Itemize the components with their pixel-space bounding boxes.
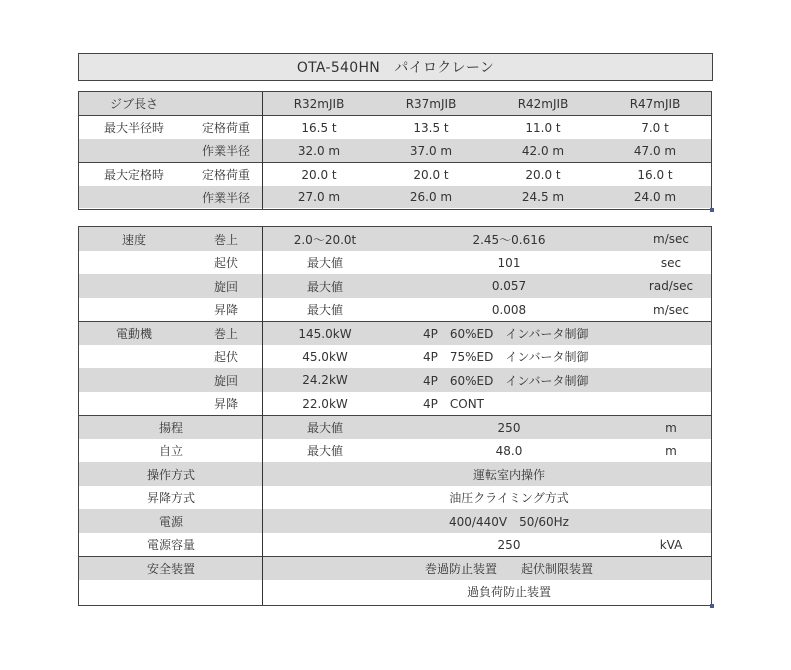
sub-label: 作業半径 [189, 139, 263, 162]
value-cell: 13.5 t [375, 116, 487, 139]
table-row: 過負荷防止装置 [79, 580, 711, 603]
value-cell: 2.45〜0.616 [409, 227, 609, 251]
table-row: 安全装置 巻過防止装置 起伏制限装置 [79, 556, 711, 580]
power-cell: 45.0kW [263, 345, 387, 368]
jib-col-3: R42mJIB [487, 92, 599, 115]
value-cell: 16.0 t [599, 163, 711, 186]
sub-label: 旋回 [189, 368, 263, 392]
value-cell: 42.0 m [487, 139, 599, 162]
group-label: 速度 [79, 227, 189, 251]
value-cell: 400/440V 50/60Hz [409, 509, 609, 533]
sub-label: 起伏 [189, 251, 263, 274]
table-row: 起伏 45.0kW 4P 75%ED インバータ制御 [79, 345, 711, 368]
cond-cell: 最大値 [263, 251, 387, 274]
table-row: 電動機 巻上 145.0kW 4P 60%ED インバータ制御 [79, 321, 711, 345]
item-label: 昇降方式 [79, 486, 263, 509]
unit-cell: sec [629, 251, 713, 274]
table-row: 昇降方式 油圧クライミング方式 [79, 486, 711, 509]
motor-spec-cell: 4P 75%ED インバータ制御 [423, 345, 589, 368]
table-row: 起伏 最大値 101 sec [79, 251, 711, 274]
value-cell: 47.0 m [599, 139, 711, 162]
table-row: 最大定格時 定格荷重 20.0 t 20.0 t 20.0 t 16.0 t [79, 162, 711, 186]
sub-label: 昇降 [189, 298, 263, 321]
jib-spec-table: ジブ長さ R32mJIB R37mJIB R42mJIB R47mJIB 最大半… [78, 91, 712, 210]
motor-spec-cell: 4P CONT [423, 392, 484, 415]
power-cell: 24.2kW [263, 368, 387, 392]
power-cell: 145.0kW [263, 322, 387, 345]
document-title: OTA-540HN パイロクレーン [78, 53, 713, 81]
value-cell: 16.5 t [263, 116, 375, 139]
value-cell: 32.0 m [263, 139, 375, 162]
jib-col-1: R32mJIB [263, 92, 375, 115]
unit-cell: m/sec [629, 298, 713, 321]
motor-spec-cell: 4P 60%ED インバータ制御 [423, 368, 589, 392]
value-cell: 24.5 m [487, 186, 599, 208]
item-label: 揚程 [79, 416, 263, 439]
item-label: 電源 [79, 509, 263, 533]
group-label: 電動機 [79, 322, 189, 345]
sub-label: 作業半径 [189, 186, 263, 208]
table-row: 電源容量 250 kVA [79, 533, 711, 556]
item-label: 電源容量 [79, 533, 263, 556]
value-cell: 0.057 [409, 274, 609, 298]
table-row: 自立 最大値 48.0 m [79, 439, 711, 462]
value-cell: 101 [409, 251, 609, 274]
table-row: 作業半径 27.0 m 26.0 m 24.5 m 24.0 m [79, 186, 711, 208]
value-cell: 20.0 t [263, 163, 375, 186]
value-cell: 250 [409, 533, 609, 556]
sub-label: 定格荷重 [189, 116, 263, 139]
table-row: 電源 400/440V 50/60Hz [79, 509, 711, 533]
unit-cell: m [629, 416, 713, 439]
power-cell: 22.0kW [263, 392, 387, 415]
cond-cell: 2.0〜20.0t [263, 227, 387, 251]
resize-handle [710, 208, 714, 212]
table-row: 旋回 最大値 0.057 rad/sec [79, 274, 711, 298]
item-label: 安全装置 [79, 557, 263, 580]
value-cell: 巻過防止装置 起伏制限装置 [409, 557, 609, 580]
value-cell: 20.0 t [375, 163, 487, 186]
sub-label: 巻上 [189, 322, 263, 345]
table-row: 昇降 最大値 0.008 m/sec [79, 298, 711, 321]
unit-cell: m [629, 439, 713, 462]
table-row: 作業半径 32.0 m 37.0 m 42.0 m 47.0 m [79, 139, 711, 162]
value-cell: 37.0 m [375, 139, 487, 162]
item-label: 操作方式 [79, 462, 263, 486]
value-cell: 48.0 [409, 439, 609, 462]
sub-label: 定格荷重 [189, 163, 263, 186]
table-row: 最大半径時 定格荷重 16.5 t 13.5 t 11.0 t 7.0 t [79, 115, 711, 139]
table-row: 揚程 最大値 250 m [79, 415, 711, 439]
value-cell: 過負荷防止装置 [409, 580, 609, 603]
jib-length-label: ジブ長さ [79, 92, 189, 115]
value-cell: 24.0 m [599, 186, 711, 208]
jib-col-2: R37mJIB [375, 92, 487, 115]
table-row: 速度 巻上 2.0〜20.0t 2.45〜0.616 m/sec [79, 227, 711, 251]
cond-cell: 最大値 [263, 439, 387, 462]
group-label: 最大半径時 [79, 116, 189, 139]
value-cell: 20.0 t [487, 163, 599, 186]
value-cell: 27.0 m [263, 186, 375, 208]
value-cell: 0.008 [409, 298, 609, 321]
unit-cell: rad/sec [629, 274, 713, 298]
item-label: 自立 [79, 439, 263, 462]
value-cell: 運転室内操作 [409, 462, 609, 486]
sub-label: 巻上 [189, 227, 263, 251]
table-row: 昇降 22.0kW 4P CONT [79, 392, 711, 415]
motor-spec-cell: 4P 60%ED インバータ制御 [423, 322, 589, 345]
cond-cell: 最大値 [263, 298, 387, 321]
column-divider [262, 227, 263, 605]
cond-cell: 最大値 [263, 416, 387, 439]
table-row: 操作方式 運転室内操作 [79, 462, 711, 486]
sub-label: 昇降 [189, 392, 263, 415]
value-cell: 7.0 t [599, 116, 711, 139]
cond-cell: 最大値 [263, 274, 387, 298]
resize-handle [710, 604, 714, 608]
value-cell: 26.0 m [375, 186, 487, 208]
value-cell: 油圧クライミング方式 [409, 486, 609, 509]
value-cell: 11.0 t [487, 116, 599, 139]
jib-header-row: ジブ長さ R32mJIB R37mJIB R42mJIB R47mJIB [79, 92, 711, 115]
unit-cell: m/sec [629, 227, 713, 251]
crane-spec-table: 速度 巻上 2.0〜20.0t 2.45〜0.616 m/sec 起伏 最大値 … [78, 226, 712, 606]
table-row: 旋回 24.2kW 4P 60%ED インバータ制御 [79, 368, 711, 392]
column-divider [262, 92, 263, 209]
sub-label: 起伏 [189, 345, 263, 368]
jib-col-4: R47mJIB [599, 92, 711, 115]
group-label: 最大定格時 [79, 163, 189, 186]
sub-label: 旋回 [189, 274, 263, 298]
unit-cell: kVA [629, 533, 713, 556]
value-cell: 250 [409, 416, 609, 439]
